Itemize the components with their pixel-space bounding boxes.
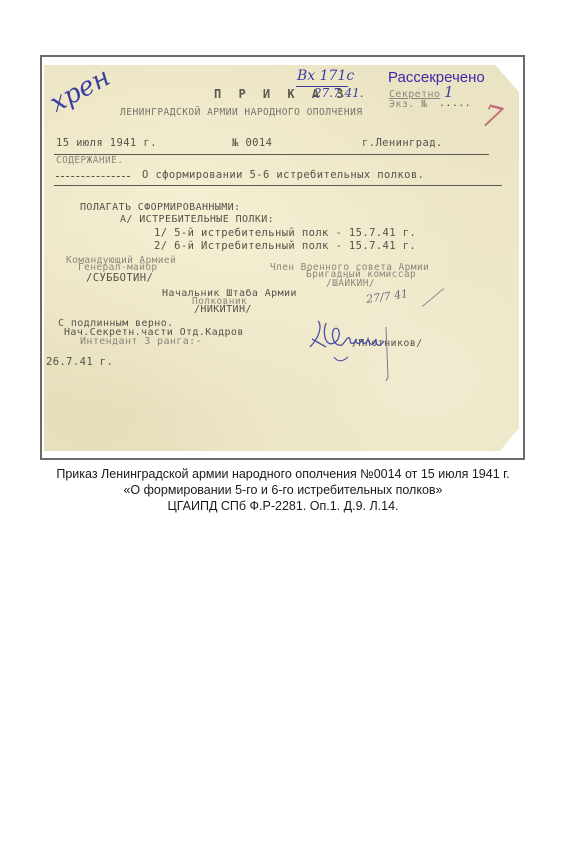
caption-line: Приказ Ленинградской армии народного опо… <box>0 466 566 482</box>
declassified-stamp: Рассекречено <box>388 70 485 85</box>
copy-dots: ..... <box>439 99 471 109</box>
body-intro: ПОЛАГАТЬ СФОРМИРОВАННЫМИ: <box>80 203 241 213</box>
caption-line: ЦГАИПД СПб Ф.Р-2281. Оп.1. Д.9. Л.14. <box>0 498 566 514</box>
ink-signature <box>304 317 414 387</box>
archival-document-scan: хрен Вх 171с 27.7.41. Рассекречено П Р И… <box>44 65 519 451</box>
document-image-frame: хрен Вх 171с 27.7.41. Рассекречено П Р И… <box>40 55 525 460</box>
council-name: /ШАЙКИН/ <box>326 279 375 289</box>
commander-name: /СУББОТИН/ <box>86 273 153 284</box>
document-title: П Р И К А З <box>214 88 348 100</box>
copy-label: Экз. № <box>389 100 428 110</box>
document-date: 15 июля 1941 г. <box>56 138 157 149</box>
body-item: 2/ 6-й Истребительный полк - 15.7.41 г. <box>154 241 416 252</box>
margin-mark: 7 <box>478 101 504 135</box>
chief-name: /НИКИТИН/ <box>194 305 252 315</box>
incoming-reg-number: Вх 171с <box>297 69 354 83</box>
body-section: А/ ИСТРЕБИТЕЛЬНЫЕ ПОЛКИ: <box>120 215 274 225</box>
document-place: г.Ленинград. <box>362 138 443 149</box>
document-subtitle: ЛЕНИНГРАДСКОЙ АРМИИ НАРОДНОГО ОПОЛЧЕНИЯ <box>120 108 363 118</box>
contents-label: СОДЕРЖАНИЕ. <box>56 156 123 166</box>
handwritten-note: хрен <box>46 64 115 117</box>
contents-underline <box>56 176 130 177</box>
image-caption: Приказ Ленинградской армии народного опо… <box>0 466 566 514</box>
certification-line: Интендант 3 ранга:- <box>80 337 202 347</box>
certification-date: 26.7.41 г. <box>46 357 113 368</box>
contents-rule <box>54 185 502 186</box>
body-item: 1/ 5-й истребительный полк - 15.7.41 г. <box>154 228 416 239</box>
pencil-stroke <box>422 288 444 307</box>
document-number: № 0014 <box>232 138 272 149</box>
handwritten-date: 27/7 41 <box>365 288 408 305</box>
caption-line: «О формировании 5-го и 6-го истребительн… <box>0 482 566 498</box>
contents-text: О сформировании 5-6 истребительных полко… <box>142 170 424 181</box>
